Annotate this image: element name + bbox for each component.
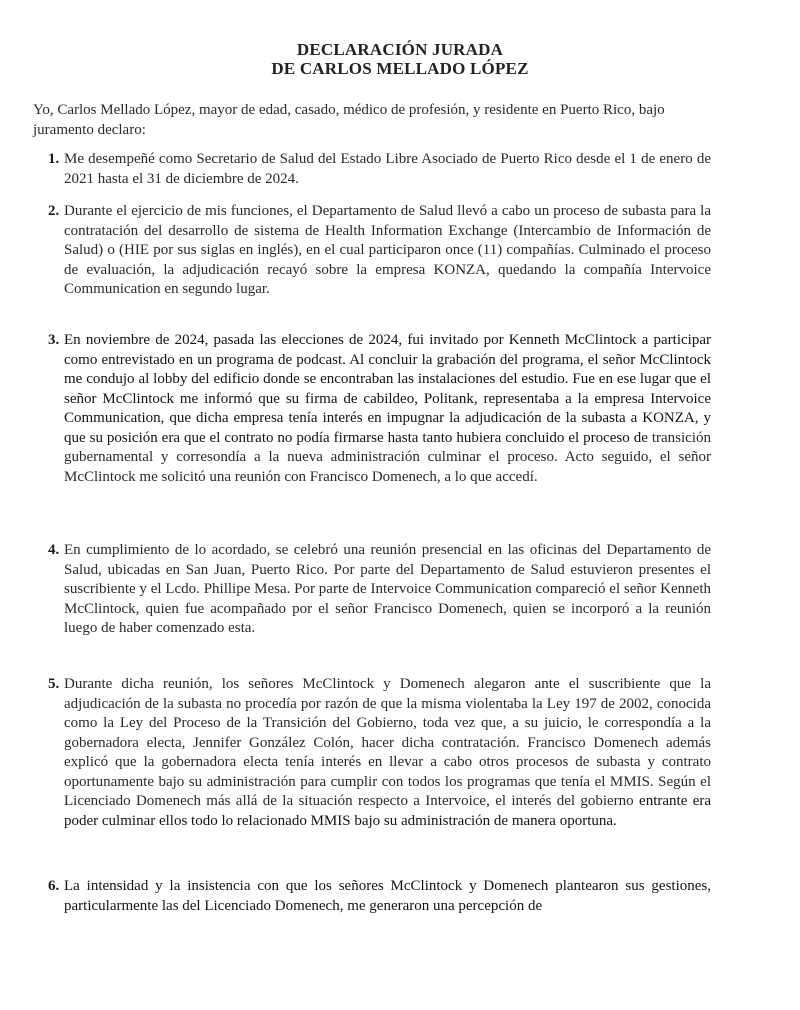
document-title-line1: DECLARACIÓN JURADA bbox=[0, 40, 800, 60]
item-number: 3. bbox=[48, 331, 59, 351]
item-text: La intensidad y la insistencia con que l… bbox=[48, 877, 711, 916]
item-number: 2. bbox=[48, 202, 59, 222]
document-page: DECLARACIÓN JURADA DE CARLOS MELLADO LÓP… bbox=[0, 0, 800, 1010]
numbered-item-1: 1. Me desempeñé como Secretario de Salud… bbox=[48, 150, 711, 189]
item-number: 6. bbox=[48, 877, 59, 897]
numbered-item-6: 6. La intensidad y la insistencia con qu… bbox=[48, 877, 711, 916]
numbered-item-5: 5. Durante dicha reunión, los señores Mc… bbox=[48, 675, 711, 831]
item-text: Durante el ejercicio de mis funciones, e… bbox=[48, 202, 711, 300]
numbered-item-3: 3. En noviembre de 2024, pasada las elec… bbox=[48, 331, 711, 487]
intro-paragraph: Yo, Carlos Mellado López, mayor de edad,… bbox=[33, 101, 723, 140]
item-text-part1: En noviembre de 2024, pasada las eleccio… bbox=[64, 332, 711, 446]
item-text: En cumplimiento de lo acordado, se celeb… bbox=[48, 541, 711, 639]
item-number: 4. bbox=[48, 541, 59, 561]
document-title-line2: DE CARLOS MELLADO LÓPEZ bbox=[0, 59, 800, 79]
item-text-part1: Durante dicha reunión, los señores McCli… bbox=[64, 676, 711, 809]
numbered-item-2: 2. Durante el ejercicio de mis funciones… bbox=[48, 202, 711, 300]
item-text: Me desempeñé como Secretario de Salud de… bbox=[48, 150, 711, 189]
item-number: 5. bbox=[48, 675, 59, 695]
item-number: 1. bbox=[48, 150, 59, 170]
numbered-item-4: 4. En cumplimiento de lo acordado, se ce… bbox=[48, 541, 711, 639]
